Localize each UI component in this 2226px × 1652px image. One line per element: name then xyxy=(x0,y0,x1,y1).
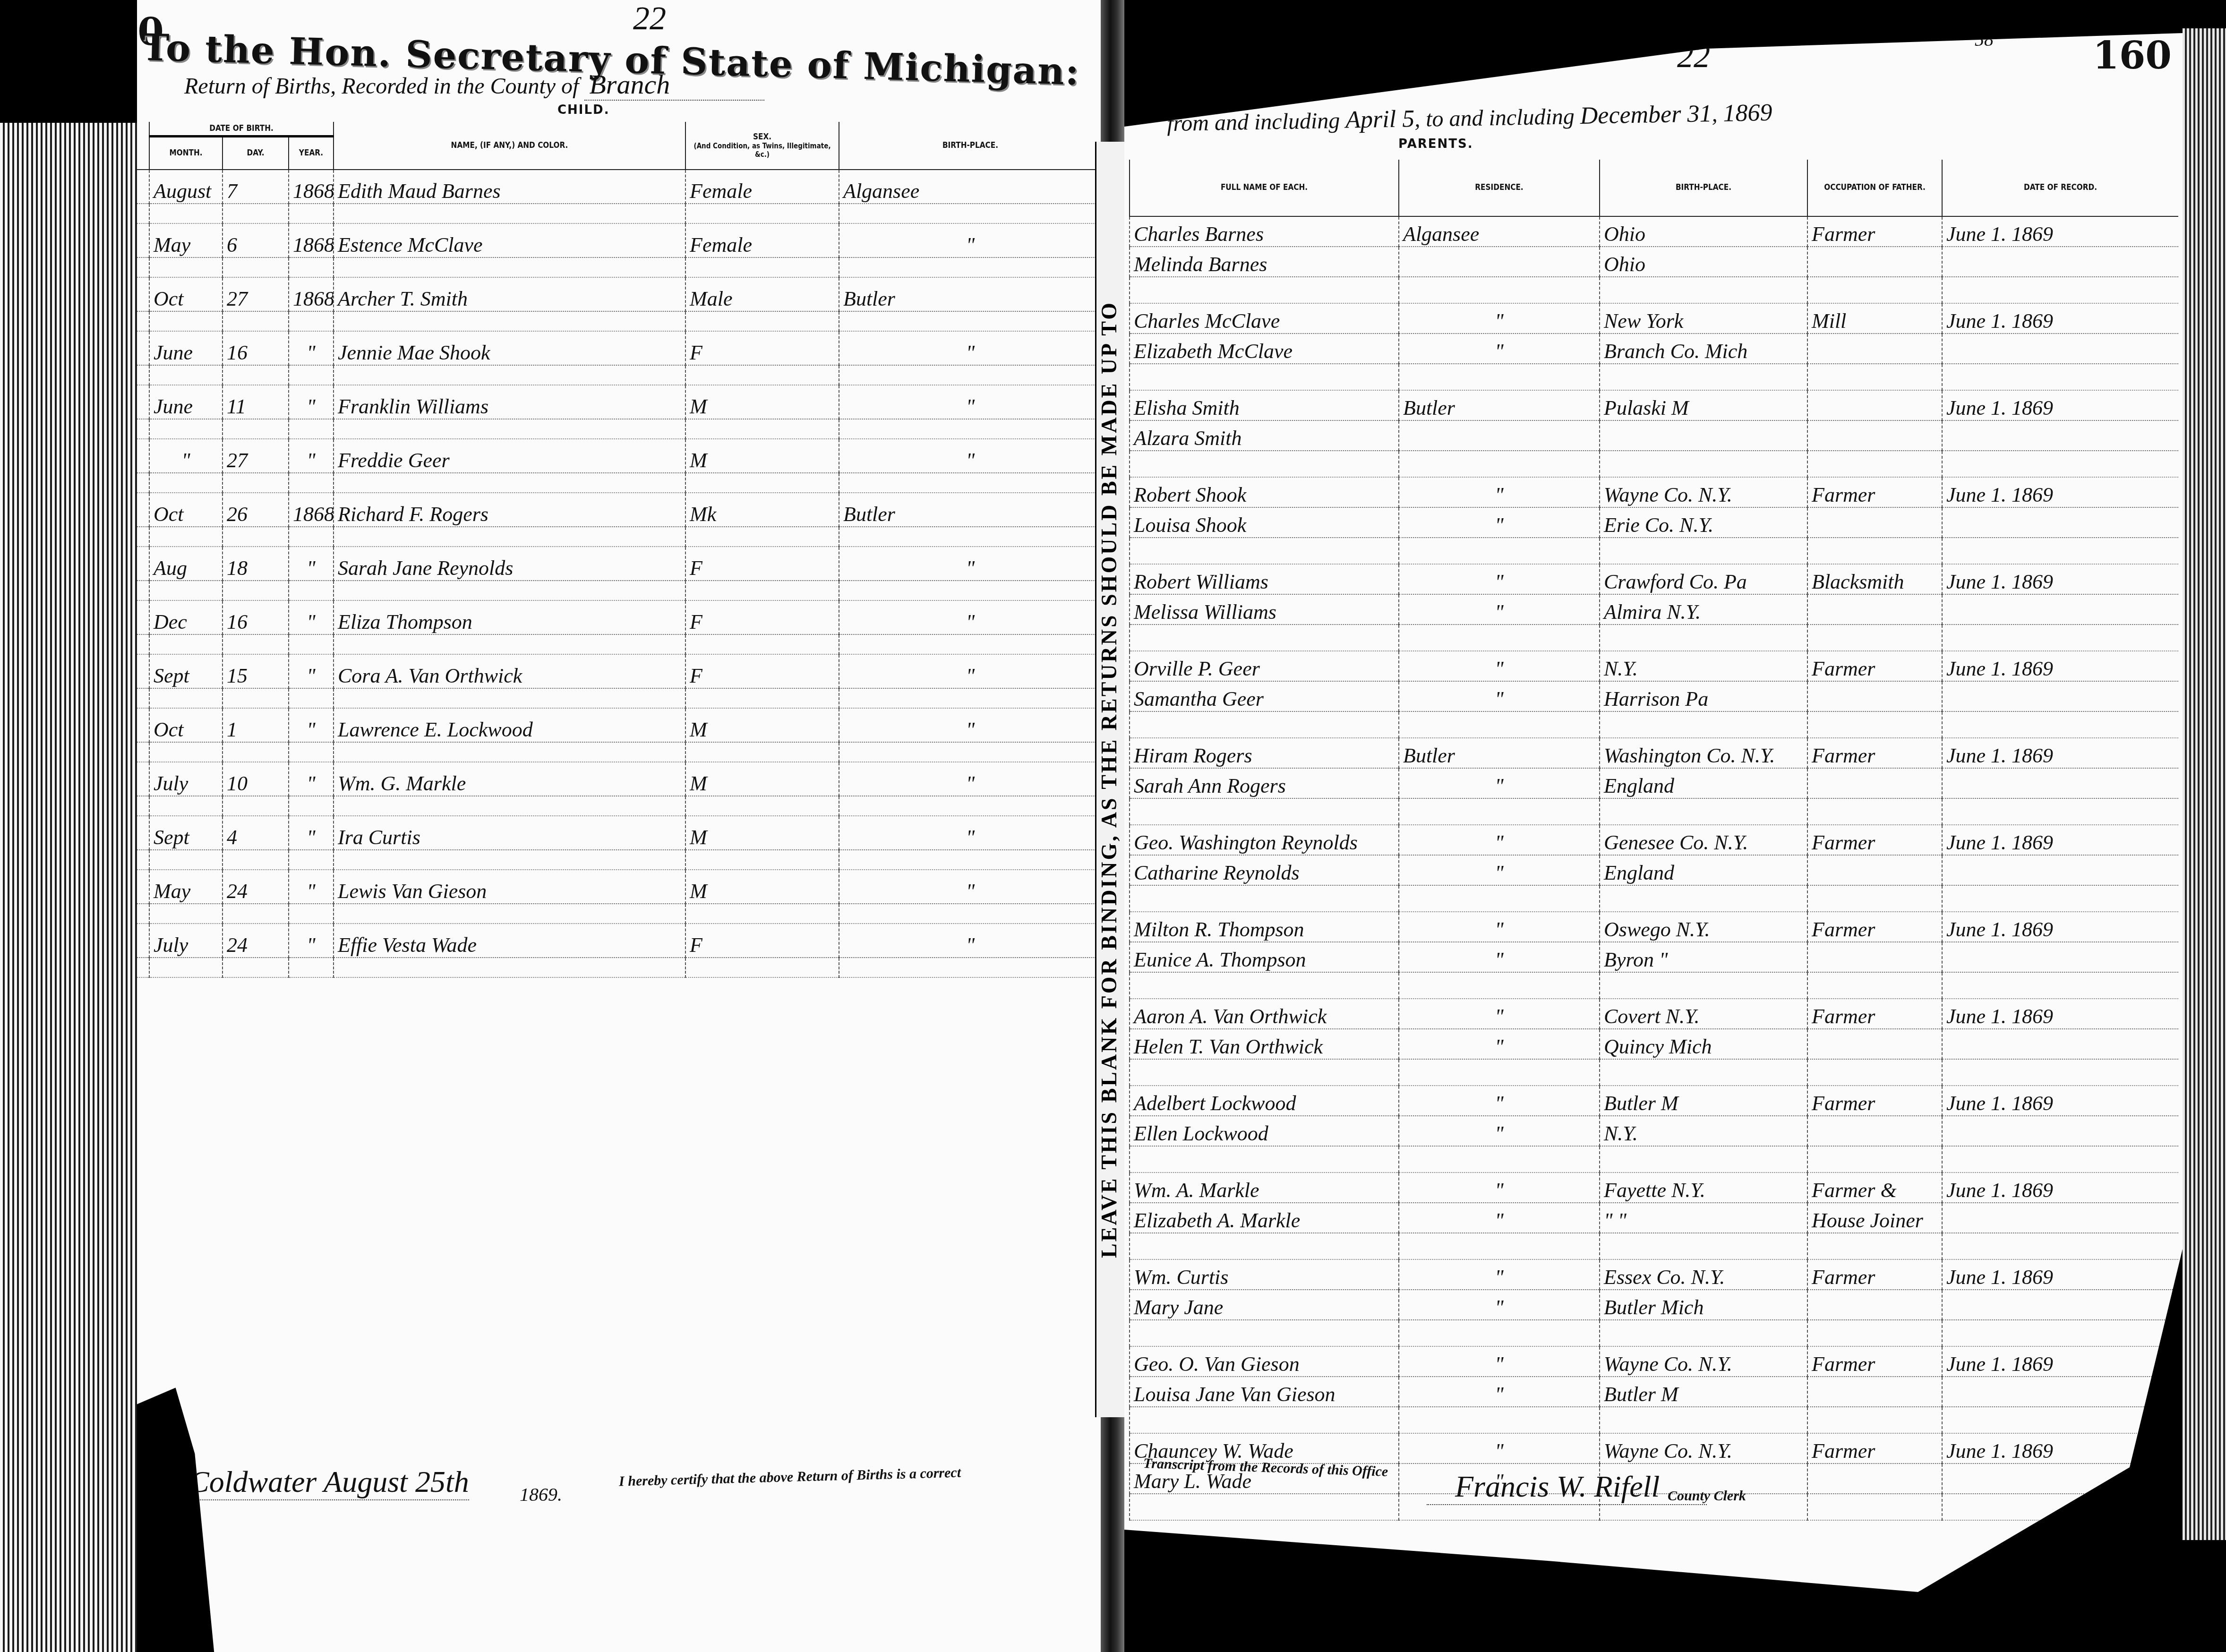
occupation-continued xyxy=(1807,1464,1942,1494)
cell-month: Oct xyxy=(149,708,223,742)
spacer-cell xyxy=(1600,277,1807,303)
mother-name: Mary Jane xyxy=(1130,1290,1399,1320)
date-of-record: June 1. 1869 xyxy=(1942,738,2178,768)
table-row: 879July24"Effie Vesta WadeF" xyxy=(137,924,1101,958)
spacer-cell xyxy=(1807,885,1942,912)
spacer-cell xyxy=(334,850,685,870)
cell-no: 876 xyxy=(137,762,149,796)
father-occupation: Farmer xyxy=(1807,825,1942,855)
handwritten-page-number: 22 xyxy=(633,0,666,38)
cell-month: " xyxy=(149,439,223,473)
table-row: 875Oct1"Lawrence E. LockwoodM" xyxy=(137,708,1101,742)
father-name: Adelbert Lockwood xyxy=(1130,1086,1399,1116)
row-spacer xyxy=(137,473,1101,493)
cell-name: Eliza Thompson xyxy=(334,600,685,634)
cell-no: 872 xyxy=(137,547,149,581)
row-spacer xyxy=(137,796,1101,816)
spacer-cell xyxy=(1600,625,1807,651)
mother-birthplace: England xyxy=(1600,768,1807,798)
spacer-cell xyxy=(839,473,1101,493)
father-row: Charles BarnesAlganseeOhioFarmerJune 1. … xyxy=(1130,216,2178,247)
cell-day: 18 xyxy=(223,547,289,581)
spacer-cell xyxy=(334,527,685,547)
mother-row: Helen T. Van Orthwick"Quincy Mich xyxy=(1130,1029,2178,1059)
cell-year: " xyxy=(289,870,334,904)
mother-name: Eunice A. Thompson xyxy=(1130,942,1399,972)
spacer-cell xyxy=(149,850,223,870)
spacer-cell xyxy=(839,958,1101,977)
father-row: Orville P. Geer"N.Y.FarmerJune 1. 1869 xyxy=(1130,651,2178,681)
row-spacer xyxy=(1130,1407,2178,1433)
mother-row: Eunice A. Thompson"Byron " xyxy=(1130,942,2178,972)
header-date-of-birth: DATE OF BIRTH. xyxy=(149,122,334,137)
cell-month: Sept xyxy=(149,654,223,688)
spacer-cell xyxy=(223,742,289,762)
cell-no: 868 xyxy=(137,331,149,365)
father-residence: " xyxy=(1399,1173,1600,1203)
cell-month: Oct xyxy=(149,277,223,311)
spacer-cell xyxy=(1130,538,1399,564)
spacer-cell xyxy=(334,904,685,924)
spacer-cell xyxy=(334,257,685,277)
table-row: 870"27"Freddie GeerM" xyxy=(137,439,1101,473)
father-name: Geo. Washington Reynolds xyxy=(1130,825,1399,855)
father-occupation: Farmer xyxy=(1807,477,1942,507)
cell-name: Lawrence E. Lockwood xyxy=(334,708,685,742)
cell-day: 11 xyxy=(223,385,289,419)
mother-birthplace: Erie Co. N.Y. xyxy=(1600,507,1807,538)
spacer-cell xyxy=(1807,277,1942,303)
spacer-cell xyxy=(1600,885,1807,912)
table-row: 869June11"Franklin WilliamsM" xyxy=(137,385,1101,419)
mother-birthplace: England xyxy=(1600,855,1807,885)
empty-cell xyxy=(1942,1377,2178,1407)
cell-name: Wm. G. Markle xyxy=(334,762,685,796)
spacer-cell xyxy=(839,365,1101,385)
mother-row: Samantha Geer"Harrison Pa xyxy=(1130,681,2178,711)
father-birthplace: Wayne Co. N.Y. xyxy=(1600,1346,1807,1377)
cell-day: 16 xyxy=(223,331,289,365)
cell-year: " xyxy=(289,816,334,850)
spacer-cell xyxy=(334,688,685,708)
left-page: 58 160 22 To the Hon. Secretary of State… xyxy=(137,0,1101,1652)
father-birthplace: Oswego N.Y. xyxy=(1600,912,1807,942)
father-name: Wm. Curtis xyxy=(1130,1259,1399,1290)
cell-birthplace: " xyxy=(839,762,1101,796)
spacer-cell xyxy=(334,365,685,385)
spacer-cell xyxy=(685,419,839,439)
row-spacer xyxy=(1130,538,2178,564)
dated-year: 1869. xyxy=(520,1483,562,1506)
cell-month: Aug xyxy=(149,547,223,581)
spacer-cell xyxy=(1807,1407,1942,1433)
cell-month: May xyxy=(149,223,223,257)
cell-birthplace: Butler xyxy=(839,493,1101,527)
spacer-cell xyxy=(137,204,149,223)
spacer-cell xyxy=(1399,625,1600,651)
spacer-cell xyxy=(149,311,223,331)
father-row: Aaron A. Van Orthwick"Covert N.Y.FarmerJ… xyxy=(1130,999,2178,1029)
spacer-cell xyxy=(289,311,334,331)
spacer-cell xyxy=(839,311,1101,331)
spacer-cell xyxy=(137,473,149,493)
spacer-cell xyxy=(1807,1146,1942,1173)
row-spacer xyxy=(137,634,1101,654)
mother-row: Elizabeth A. Markle"" "House Joiner xyxy=(1130,1203,2178,1233)
spacer-cell xyxy=(289,365,334,385)
spacer-cell xyxy=(1130,885,1399,912)
row-spacer xyxy=(1130,277,2178,303)
empty-cell xyxy=(1942,942,2178,972)
empty-cell xyxy=(1942,768,2178,798)
page-number: 160 xyxy=(2093,33,2172,77)
spacer-cell xyxy=(685,850,839,870)
cell-day: 24 xyxy=(223,924,289,958)
spacer-cell xyxy=(1942,1494,2178,1520)
cell-name: Cora A. Van Orthwick xyxy=(334,654,685,688)
empty-cell xyxy=(1942,334,2178,364)
cell-day: 4 xyxy=(223,816,289,850)
occupation-continued xyxy=(1807,1029,1942,1059)
spacer-cell xyxy=(1130,625,1399,651)
mother-row: Elizabeth McClave"Branch Co. Mich xyxy=(1130,334,2178,364)
cell-no: 877 xyxy=(137,816,149,850)
cell-day: 10 xyxy=(223,762,289,796)
cell-month: June xyxy=(149,385,223,419)
spacer-cell xyxy=(1399,451,1600,477)
cell-birthplace: " xyxy=(839,600,1101,634)
mother-residence: " xyxy=(1399,334,1600,364)
cell-day: 26 xyxy=(223,493,289,527)
cell-name: Freddie Geer xyxy=(334,439,685,473)
spacer-cell xyxy=(137,527,149,547)
cell-day: 16 xyxy=(223,600,289,634)
father-residence: " xyxy=(1399,1346,1600,1377)
occupation-continued xyxy=(1807,594,1942,625)
cell-month: Sept xyxy=(149,816,223,850)
spacer-cell xyxy=(685,958,839,977)
spacer-cell xyxy=(289,688,334,708)
cell-no: 873 xyxy=(137,600,149,634)
spacer-cell xyxy=(1130,711,1399,738)
date-of-record: June 1. 1869 xyxy=(1942,1433,2178,1464)
father-residence: " xyxy=(1399,564,1600,594)
spacer-cell xyxy=(1807,711,1942,738)
mother-name: Louisa Jane Van Gieson xyxy=(1130,1377,1399,1407)
spacer-cell xyxy=(1942,1233,2178,1259)
pencil-number: 58 xyxy=(1975,33,1994,51)
spacer-cell xyxy=(137,904,149,924)
cell-sex: M xyxy=(685,439,839,473)
child-table: No. DATE OF BIRTH. NAME, (IF ANY,) AND C… xyxy=(137,122,1101,978)
cell-month: June xyxy=(149,331,223,365)
row-spacer xyxy=(1130,798,2178,825)
date-of-record: June 1. 1869 xyxy=(1942,303,2178,334)
cell-year: " xyxy=(289,708,334,742)
cell-sex: M xyxy=(685,708,839,742)
spacer-cell xyxy=(334,581,685,600)
spacer-cell xyxy=(839,742,1101,762)
spacer-cell xyxy=(1942,972,2178,999)
cell-birthplace: " xyxy=(839,331,1101,365)
cell-year: " xyxy=(289,924,334,958)
cell-sex: F xyxy=(685,331,839,365)
header-sex: SEX.(And Condition, as Twins, Illegitima… xyxy=(685,122,839,170)
mother-birthplace: Harrison Pa xyxy=(1600,681,1807,711)
header-full-name: FULL NAME OF EACH. xyxy=(1130,160,1399,216)
spacer-cell xyxy=(839,257,1101,277)
book-edge-right xyxy=(2183,28,2226,1540)
father-row: Robert Shook"Wayne Co. N.Y.FarmerJune 1.… xyxy=(1130,477,2178,507)
spacer-cell xyxy=(289,257,334,277)
father-occupation: Farmer xyxy=(1807,216,1942,247)
cell-name: Edith Maud Barnes xyxy=(334,170,685,204)
mother-row: Ellen Lockwood"N.Y. xyxy=(1130,1116,2178,1146)
spacer-cell xyxy=(1942,1407,2178,1433)
father-occupation: Blacksmith xyxy=(1807,564,1942,594)
father-name: Charles Barnes xyxy=(1130,216,1399,247)
certification-text: I hereby certify that the above Return o… xyxy=(619,1465,961,1490)
date-of-record: June 1. 1869 xyxy=(1942,477,2178,507)
cell-sex: F xyxy=(685,924,839,958)
mother-name: Melinda Barnes xyxy=(1130,247,1399,277)
cell-name: Jennie Mae Shook xyxy=(334,331,685,365)
spacer-cell xyxy=(137,850,149,870)
cell-birthplace: Algansee xyxy=(839,170,1101,204)
father-residence: " xyxy=(1399,999,1600,1029)
mother-residence: " xyxy=(1399,1029,1600,1059)
spacer-cell xyxy=(685,365,839,385)
header-day: Day. xyxy=(223,137,289,170)
row-spacer xyxy=(1130,1059,2178,1086)
spacer-cell xyxy=(1600,1059,1807,1086)
table-row: 878May24"Lewis Van GiesonM" xyxy=(137,870,1101,904)
occupation-continued xyxy=(1807,855,1942,885)
spacer-cell xyxy=(1399,538,1600,564)
spacer-cell xyxy=(289,958,334,977)
cell-day: 27 xyxy=(223,277,289,311)
range-to: December 31 xyxy=(1580,100,1712,129)
father-occupation: Farmer xyxy=(1807,912,1942,942)
spacer-cell xyxy=(223,311,289,331)
spacer-cell xyxy=(149,634,223,654)
table-row: 874Sept15"Cora A. Van OrthwickF" xyxy=(137,654,1101,688)
date-of-record: June 1. 1869 xyxy=(1942,912,2178,942)
mother-row: Sarah Ann Rogers"England xyxy=(1130,768,2178,798)
father-birthplace: Covert N.Y. xyxy=(1600,999,1807,1029)
occupation-continued xyxy=(1807,768,1942,798)
clerk-title: County Clerk xyxy=(1668,1488,1746,1504)
spacer-cell xyxy=(334,958,685,977)
spacer-cell xyxy=(149,419,223,439)
spacer-cell xyxy=(289,742,334,762)
spacer-cell xyxy=(334,204,685,223)
father-residence: " xyxy=(1399,651,1600,681)
mother-birthplace: Byron " xyxy=(1600,942,1807,972)
father-residence: " xyxy=(1399,1433,1600,1464)
father-birthplace: New York xyxy=(1600,303,1807,334)
cell-name: Effie Vesta Wade xyxy=(334,924,685,958)
cell-day: 15 xyxy=(223,654,289,688)
spacer-cell xyxy=(223,365,289,385)
cell-year: 1868 xyxy=(289,277,334,311)
spacer-cell xyxy=(1399,885,1600,912)
spacer-cell xyxy=(1600,1320,1807,1346)
header-date-of-record: DATE OF RECORD. xyxy=(1942,160,2178,216)
father-occupation: Farmer xyxy=(1807,1259,1942,1290)
mother-residence: " xyxy=(1399,594,1600,625)
mother-row: Melissa Williams"Almira N.Y. xyxy=(1130,594,2178,625)
spacer-cell xyxy=(223,257,289,277)
spacer-cell xyxy=(1600,972,1807,999)
dated-value: Coldwater August 25th xyxy=(189,1464,469,1500)
header-birthplace: BIRTH-PLACE. xyxy=(1600,160,1807,216)
date-of-record: June 1. 1869 xyxy=(1942,564,2178,594)
spacer-cell xyxy=(137,796,149,816)
spacer-cell xyxy=(839,904,1101,924)
spacer-cell xyxy=(1130,798,1399,825)
spacer-cell xyxy=(1942,1146,2178,1173)
mother-residence: " xyxy=(1399,1203,1600,1233)
spacer-cell xyxy=(1600,1146,1807,1173)
father-birthplace: Washington Co. N.Y. xyxy=(1600,738,1807,768)
table-row: 868June16"Jennie Mae ShookF" xyxy=(137,331,1101,365)
spacer-cell xyxy=(1807,1320,1942,1346)
cell-day: 24 xyxy=(223,870,289,904)
mother-birthplace: Butler Mich xyxy=(1600,1290,1807,1320)
spacer-cell xyxy=(137,311,149,331)
date-range: from and including April 5, to and inclu… xyxy=(1167,99,1772,137)
cell-no: 871 xyxy=(137,493,149,527)
father-occupation: Farmer xyxy=(1807,738,1942,768)
row-spacer xyxy=(1130,364,2178,390)
spacer-cell xyxy=(289,850,334,870)
spacer-cell xyxy=(685,742,839,762)
section-label-child: CHILD. xyxy=(557,103,610,117)
father-row: Hiram RogersButlerWashington Co. N.Y.Far… xyxy=(1130,738,2178,768)
mother-name: Catharine Reynolds xyxy=(1130,855,1399,885)
father-birthplace: Essex Co. N.Y. xyxy=(1600,1259,1807,1290)
occupation-continued xyxy=(1807,1116,1942,1146)
empty-cell xyxy=(1942,1290,2178,1320)
cell-month: August xyxy=(149,170,223,204)
father-birthplace: Fayette N.Y. xyxy=(1600,1173,1807,1203)
spacer-cell xyxy=(1130,1494,1399,1520)
row-spacer xyxy=(137,527,1101,547)
cell-month: May xyxy=(149,870,223,904)
section-label-parents: PARENTS. xyxy=(1398,137,1473,151)
spacer-cell xyxy=(137,581,149,600)
date-of-record: June 1. 1869 xyxy=(1942,999,2178,1029)
father-birthplace: Wayne Co. N.Y. xyxy=(1600,477,1807,507)
mother-name: Elizabeth A. Markle xyxy=(1130,1203,1399,1233)
spacer-cell xyxy=(1130,972,1399,999)
father-name: Orville P. Geer xyxy=(1130,651,1399,681)
father-row: Robert Williams"Crawford Co. PaBlacksmit… xyxy=(1130,564,2178,594)
cell-sex: Female xyxy=(685,170,839,204)
spacer-cell xyxy=(289,581,334,600)
cell-no: 867 xyxy=(137,277,149,311)
cell-no: 878 xyxy=(137,870,149,904)
spacer-cell xyxy=(839,581,1101,600)
range-middle: to and including xyxy=(1426,104,1575,131)
empty-cell xyxy=(1942,855,2178,885)
spacer-cell xyxy=(685,527,839,547)
spacer-cell xyxy=(1807,538,1942,564)
right-page: 58 160 22 from and including April 5, to… xyxy=(1124,33,2183,1592)
table-row: 866May61868Estence McClaveFemale" xyxy=(137,223,1101,257)
spacer-cell xyxy=(839,419,1101,439)
spacer-cell xyxy=(223,419,289,439)
cell-year: 1868 xyxy=(289,493,334,527)
cell-birthplace: " xyxy=(839,223,1101,257)
date-of-record: June 1. 1869 xyxy=(1942,1086,2178,1116)
spacer-cell xyxy=(1130,451,1399,477)
spacer-cell xyxy=(137,958,149,977)
row-spacer xyxy=(137,581,1101,600)
mother-row: Melinda BarnesOhio xyxy=(1130,247,2178,277)
father-birthplace: Crawford Co. Pa xyxy=(1600,564,1807,594)
empty-cell xyxy=(1942,420,2178,451)
spacer-cell xyxy=(334,311,685,331)
cell-year: " xyxy=(289,600,334,634)
spacer-cell xyxy=(1600,538,1807,564)
spacer-cell xyxy=(1130,1320,1399,1346)
mother-birthplace: Branch Co. Mich xyxy=(1600,334,1807,364)
mother-name: Sarah Ann Rogers xyxy=(1130,768,1399,798)
spacer-cell xyxy=(1942,1059,2178,1086)
cell-name: Lewis Van Gieson xyxy=(334,870,685,904)
spacer-cell xyxy=(1130,277,1399,303)
spacer-cell xyxy=(289,473,334,493)
cell-sex: Male xyxy=(685,277,839,311)
cell-sex: Female xyxy=(685,223,839,257)
spacer-cell xyxy=(223,634,289,654)
cell-name: Ira Curtis xyxy=(334,816,685,850)
spacer-cell xyxy=(334,634,685,654)
spacer-cell xyxy=(839,527,1101,547)
spacer-cell xyxy=(1399,364,1600,390)
cell-no: 865 xyxy=(137,170,149,204)
spacer-cell xyxy=(685,581,839,600)
father-residence: Butler xyxy=(1399,390,1600,420)
spacer-cell xyxy=(137,634,149,654)
spacer-cell xyxy=(1600,711,1807,738)
spacer-cell xyxy=(1942,364,2178,390)
header-sex-label: SEX. xyxy=(753,132,771,142)
cell-month: July xyxy=(149,762,223,796)
row-spacer xyxy=(1130,1320,2178,1346)
cell-sex: M xyxy=(685,762,839,796)
spacer-cell xyxy=(1807,972,1942,999)
spacer-cell xyxy=(1807,364,1942,390)
spacer-cell xyxy=(839,850,1101,870)
mother-name: Samantha Geer xyxy=(1130,681,1399,711)
clerk-signature: Francis W. Rifell xyxy=(1427,1469,1707,1505)
date-of-record: June 1. 1869 xyxy=(1942,825,2178,855)
cell-no: 866 xyxy=(137,223,149,257)
spacer-cell xyxy=(137,419,149,439)
spacer-cell xyxy=(1807,1494,1942,1520)
mother-residence: " xyxy=(1399,768,1600,798)
header-name: NAME, (IF ANY,) AND COLOR. xyxy=(334,122,685,170)
mother-name: Melissa Williams xyxy=(1130,594,1399,625)
father-name: Aaron A. Van Orthwick xyxy=(1130,999,1399,1029)
father-name: Geo. O. Van Gieson xyxy=(1130,1346,1399,1377)
father-occupation xyxy=(1807,390,1942,420)
table-row: 865August71868Edith Maud BarnesFemaleAlg… xyxy=(137,170,1101,204)
subtitle-prefix: Return of Births, Recorded in the County… xyxy=(184,74,579,99)
